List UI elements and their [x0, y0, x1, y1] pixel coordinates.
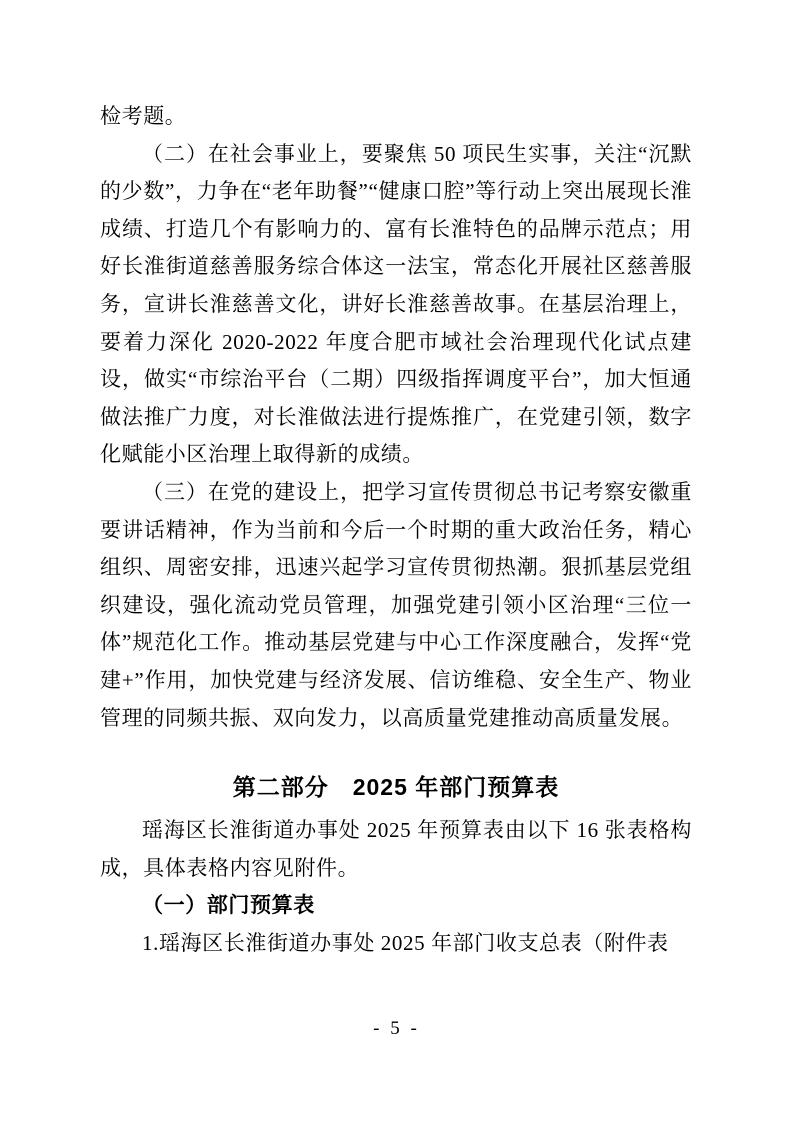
- document-body: 检考题。 （二）在社会事业上，要聚焦 50 项民生实事，关注“沉默的少数”，力争…: [100, 98, 692, 962]
- paragraph-party-building: （三）在党的建设上，把学习宣传贯彻总书记考察安徽重要讲话精神，作为当前和今后一个…: [100, 474, 692, 737]
- paragraph-continuation: 检考题。: [100, 98, 692, 136]
- subsection-heading-budget-tables: （一）部门预算表: [100, 887, 692, 925]
- paragraph-budget-intro: 瑶海区长淮街道办事处 2025 年预算表由以下 16 张表格构成，具体表格内容见…: [100, 812, 692, 887]
- document-page: 检考题。 （二）在社会事业上，要聚焦 50 项民生实事，关注“沉默的少数”，力争…: [0, 0, 793, 1122]
- page-number: - 5 -: [0, 1018, 793, 1040]
- section-heading-part2: 第二部分 2025 年部门预算表: [100, 766, 692, 808]
- paragraph-social-affairs: （二）在社会事业上，要聚焦 50 项民生实事，关注“沉默的少数”，力争在“老年助…: [100, 136, 692, 474]
- paragraph-table-item-1: 1.瑶海区长淮街道办事处 2025 年部门收支总表（附件表: [100, 925, 692, 963]
